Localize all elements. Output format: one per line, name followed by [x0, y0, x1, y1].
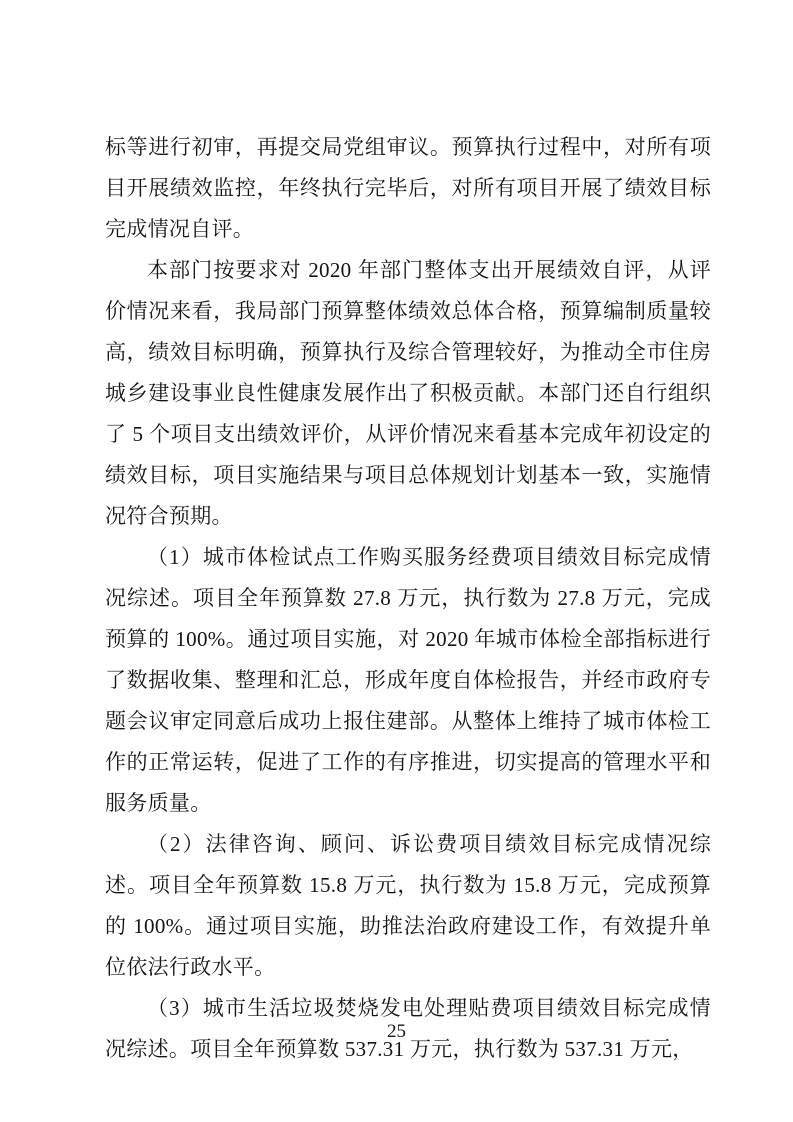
document-page: 标等进行初审，再提交局党组审议。预算执行过程中，对所有项目开展绩效监控，年终执行… — [0, 0, 793, 1122]
paragraph-continuation: 标等进行初审，再提交局党组审议。预算执行过程中，对所有项目开展绩效监控，年终执行… — [105, 127, 711, 250]
document-body: 标等进行初审，再提交局党组审议。预算执行过程中，对所有项目开展绩效监控，年终执行… — [105, 127, 711, 1070]
paragraph-project-2: （2）法律咨询、顾问、诉讼费项目绩效目标完成情况综述。项目全年预算数 15.8 … — [105, 824, 711, 988]
paragraph-overall-self-evaluation: 本部门按要求对 2020 年部门整体支出开展绩效自评，从评价情况来看，我局部门预… — [105, 250, 711, 537]
paragraph-project-1: （1）城市体检试点工作购买服务经费项目绩效目标完成情况综述。项目全年预算数 27… — [105, 537, 711, 824]
page-number: 25 — [0, 1020, 793, 1044]
